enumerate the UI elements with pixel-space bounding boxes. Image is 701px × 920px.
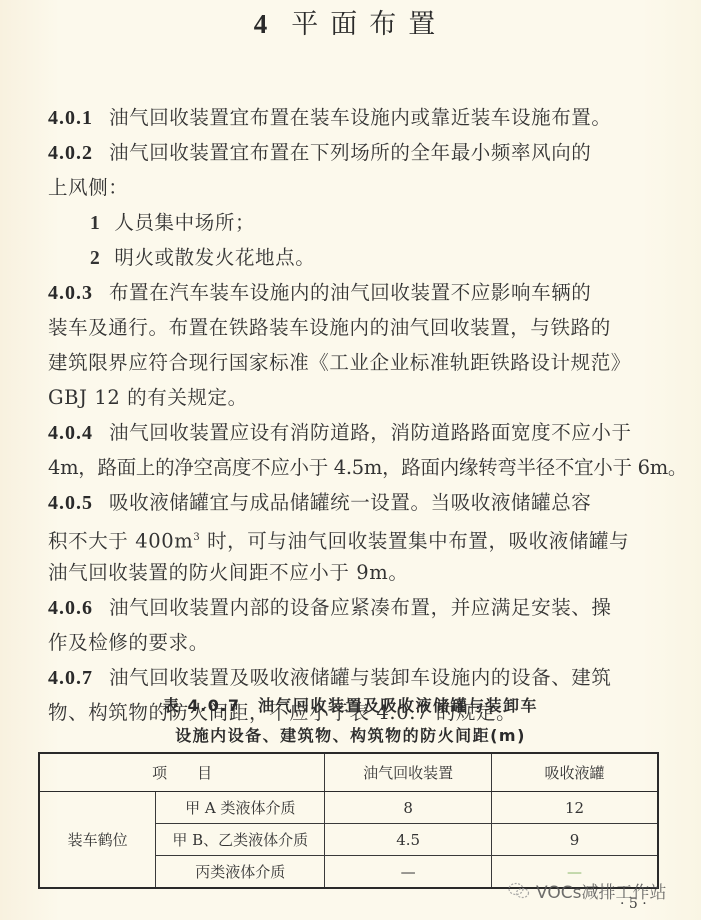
clause-text-continued: 4m，路面上的净空高度不应小于 4.5m，路面内缘转弯半径不宜小于 6m。 — [48, 450, 668, 485]
clause-text-continued: 建筑限界应符合现行国家标准《工业企业标准轨距铁路设计规范》 — [48, 345, 668, 380]
cell-absorbent-tank: 9 — [492, 824, 658, 856]
clause-number: 4.0.4 — [48, 422, 93, 444]
clause-number: 4.0.5 — [48, 492, 93, 514]
clause-4-0-4: 4.0.4油气回收装置应设有消防道路，消防道路路面宽度不应小于 — [48, 415, 668, 450]
wechat-icon — [508, 882, 530, 900]
clause-4-0-2: 4.0.2油气回收装置宜布置在下列场所的全年最小频率风向的 — [48, 135, 668, 170]
clause-text-continued: 上风侧： — [48, 170, 668, 205]
clause-text: 布置在汽车装车设施内的油气回收装置不应影响车辆的 — [109, 281, 591, 304]
clause-number: 4.0.2 — [48, 142, 93, 164]
table-caption-continued: 设施内设备、建筑物、构筑物的防火间距(m) — [0, 723, 701, 746]
row-item: 甲 B、乙类液体介质 — [156, 824, 325, 856]
item-text: 明火或散发火花地点。 — [114, 246, 315, 269]
clause-number: 4.0.6 — [48, 597, 93, 619]
clause-text: 吸收液储罐宜与成品储罐统一设置。当吸收液储罐总容 — [109, 491, 591, 514]
clause-4-0-7: 4.0.7油气回收装置及吸收液储罐与装卸车设施内的设备、建筑 — [48, 660, 668, 695]
clause-4-0-6: 4.0.6油气回收装置内部的设备应紧凑布置，并应满足安装、操 — [48, 590, 668, 625]
clause-text-continued: 装车及通行。布置在铁路装车设施内的油气回收装置，与铁路的 — [48, 310, 668, 345]
chapter-heading: 平面布置 — [291, 9, 447, 40]
cell-recovery-unit: 8 — [325, 792, 492, 824]
row-item: 甲 A 类液体介质 — [156, 792, 325, 824]
item-number: 1 — [90, 213, 100, 234]
clause-4-0-3: 4.0.3布置在汽车装车设施内的油气回收装置不应影响车辆的 — [48, 275, 668, 310]
chapter-title: 4平面布置 — [0, 2, 701, 41]
clause-text-continued: 作及检修的要求。 — [48, 625, 668, 660]
list-item: 1人员集中场所； — [48, 205, 668, 240]
table-header-row: 项 目 油气回收装置 吸收液罐 — [39, 753, 658, 792]
header-item: 项 目 — [39, 753, 325, 792]
clause-number: 4.0.1 — [48, 107, 93, 129]
cell-absorbent-tank: 12 — [492, 792, 658, 824]
clause-number: 4.0.3 — [48, 282, 93, 304]
clause-text: 油气回收装置宜布置在下列场所的全年最小频率风向的 — [109, 141, 591, 164]
clause-text-continued: 油气回收装置的防火间距不应小于 9m。 — [48, 555, 668, 590]
header-recovery-unit: 油气回收装置 — [325, 753, 492, 792]
clause-text: 油气回收装置内部的设备应紧凑布置，并应满足安装、操 — [109, 596, 612, 619]
item-number: 2 — [90, 248, 100, 269]
clause-text-continued: 积不大于 400m3 时，可与油气回收装置集中布置，吸收液储罐与 — [48, 520, 668, 555]
row-item: 丙类液体介质 — [156, 856, 325, 889]
clause-text: 油气回收装置宜布置在装车设施内或靠近装车设施布置。 — [109, 106, 612, 129]
page-number: · 5 · — [620, 896, 647, 912]
clause-text-continued: GBJ 12 的有关规定。 — [48, 380, 668, 415]
clause-list: 4.0.1油气回收装置宜布置在装车设施内或靠近装车设施布置。 4.0.2油气回收… — [48, 100, 668, 730]
table-caption: 表 4.0.7 油气回收装置及吸收液储罐与装卸车 — [0, 693, 701, 716]
list-item: 2明火或散发火花地点。 — [48, 240, 668, 275]
watermark-text: VOCs减排工作站 — [536, 878, 666, 903]
header-absorbent-tank: 吸收液罐 — [492, 753, 658, 792]
item-text: 人员集中场所； — [114, 211, 255, 234]
clause-text: 时，可与油气回收装置集中布置，吸收液储罐与 — [200, 530, 629, 553]
document-page: 4平面布置 4.0.1油气回收装置宜布置在装车设施内或靠近装车设施布置。 4.0… — [0, 0, 701, 920]
table-row: 装车鹤位 甲 A 类液体介质 8 12 — [39, 792, 658, 824]
fire-distance-table: 项 目 油气回收装置 吸收液罐 装车鹤位 甲 A 类液体介质 8 12 甲 B、… — [38, 752, 659, 889]
cell-recovery-unit: — — [325, 856, 492, 889]
cell-recovery-unit: 4.5 — [325, 824, 492, 856]
clause-number: 4.0.7 — [48, 667, 93, 689]
chapter-number: 4 — [254, 9, 280, 39]
clause-text: 积不大于 400m — [48, 530, 193, 553]
group-label: 装车鹤位 — [39, 792, 156, 889]
clause-text: 油气回收装置应设有消防道路，消防道路路面宽度不应小于 — [109, 421, 632, 444]
clause-4-0-1: 4.0.1油气回收装置宜布置在装车设施内或靠近装车设施布置。 — [48, 100, 668, 135]
clause-text: 油气回收装置及吸收液储罐与装卸车设施内的设备、建筑 — [109, 666, 612, 689]
clause-4-0-5: 4.0.5吸收液储罐宜与成品储罐统一设置。当吸收液储罐总容 — [48, 485, 668, 520]
